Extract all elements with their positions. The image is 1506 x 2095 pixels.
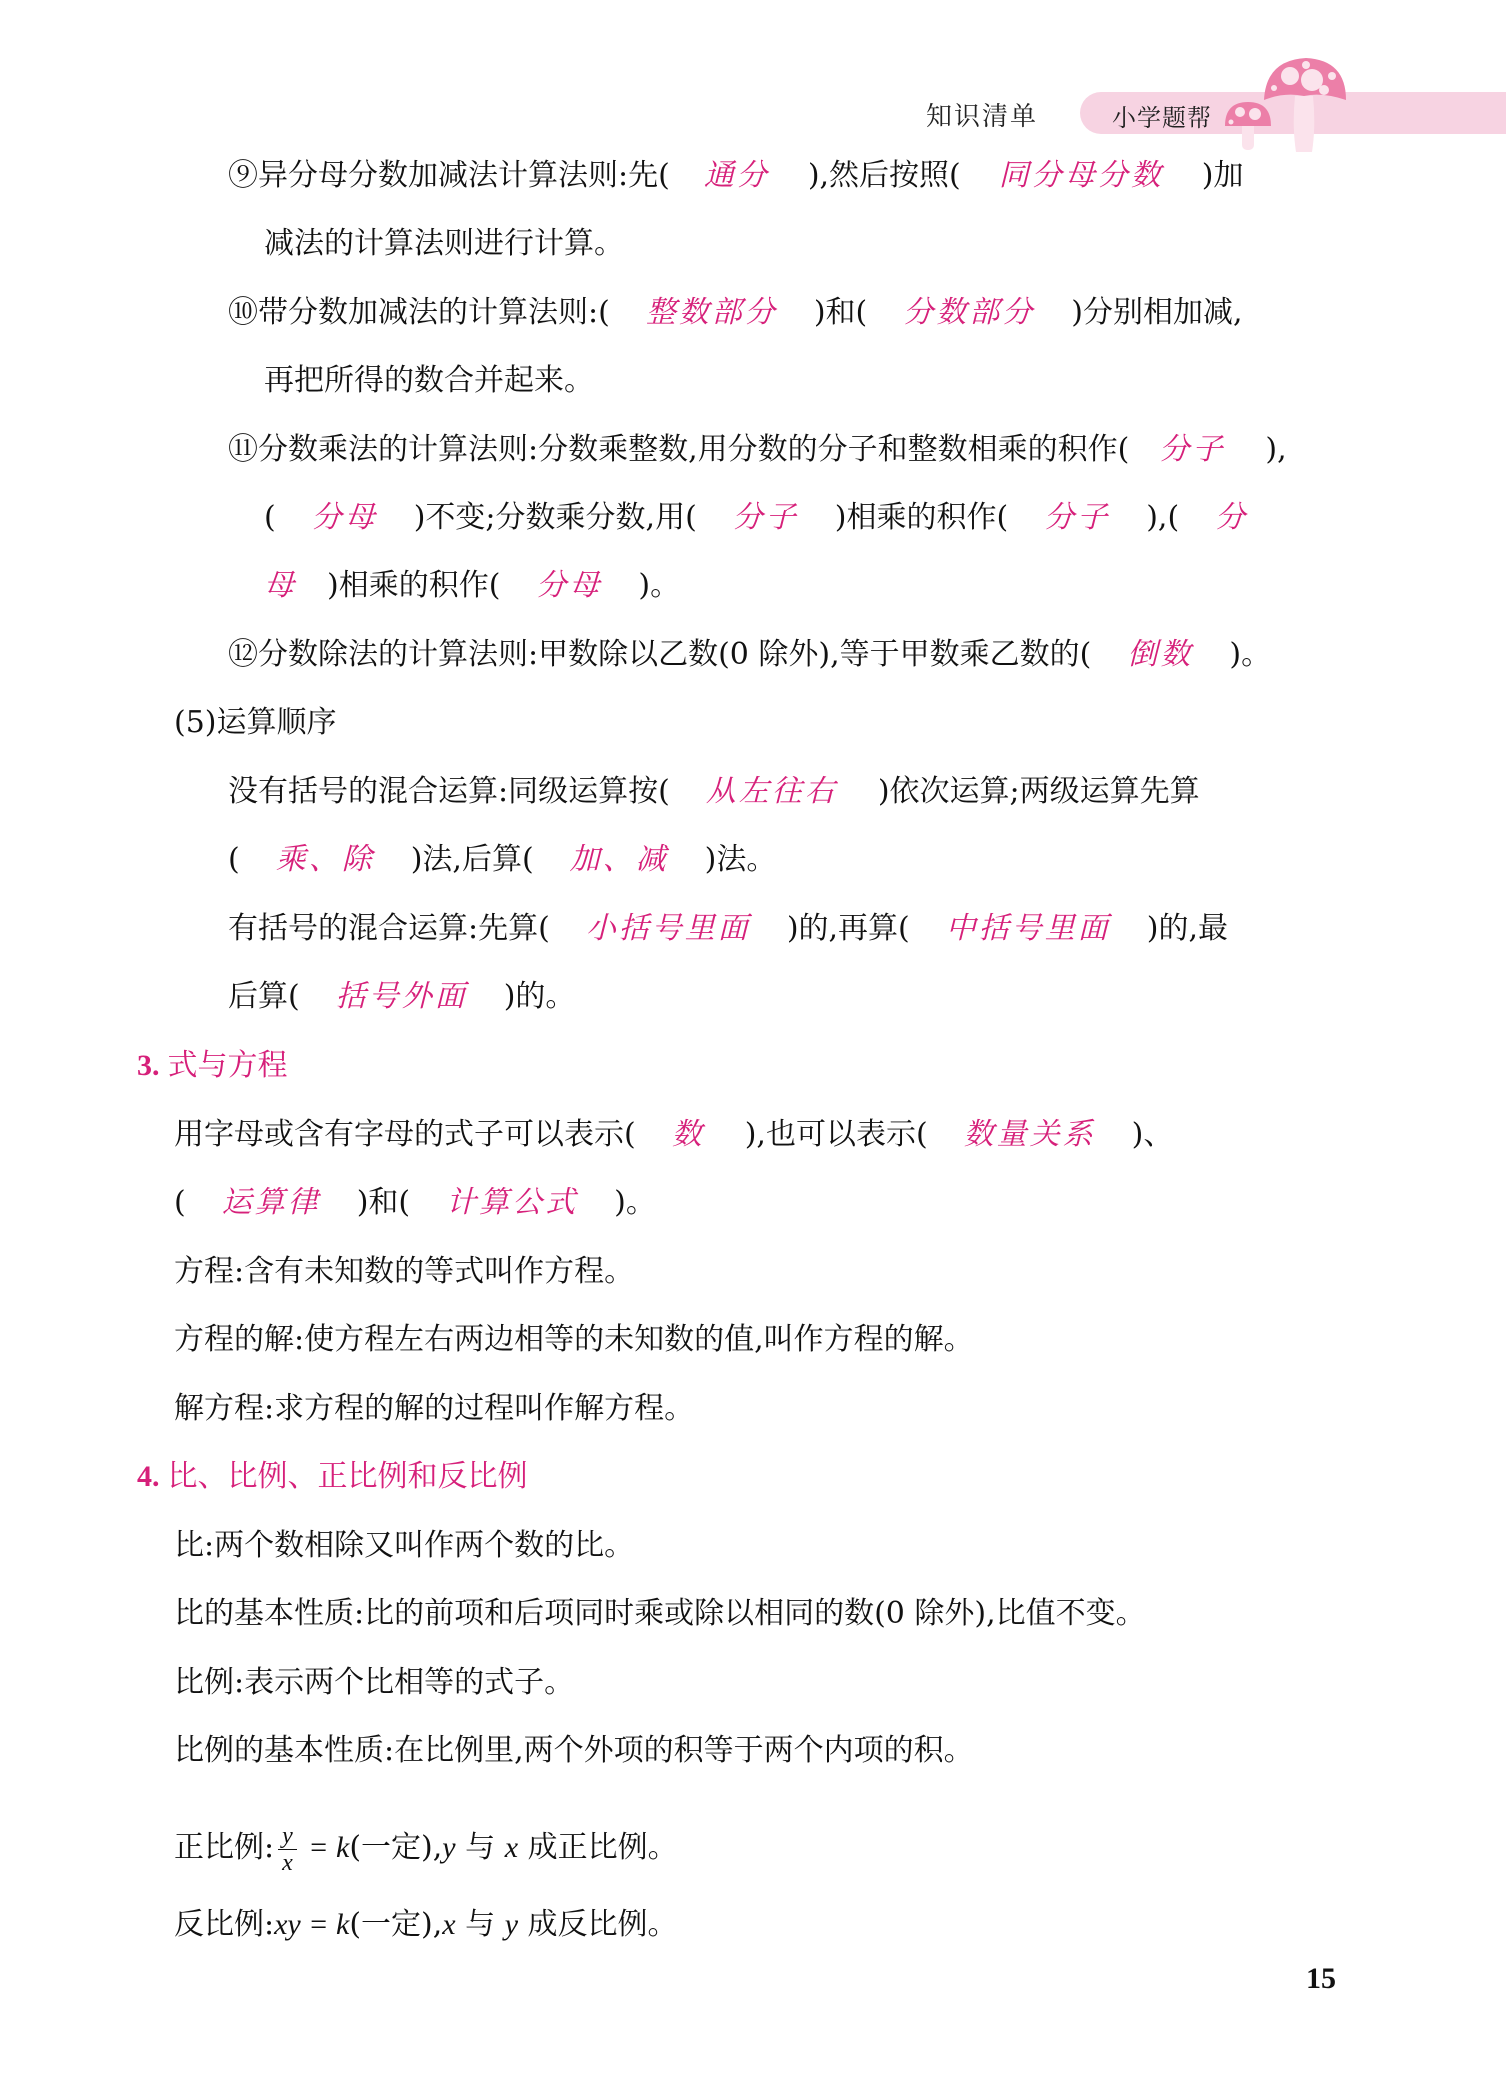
direct-proportion: 正比例:yx = k(一定),y 与 x 成正比例。 [174, 1818, 678, 1878]
solving-definition: 解方程:求方程的解的过程叫作解方程。 [174, 1389, 694, 1429]
brand-label: 小学题帮 [1112, 98, 1212, 133]
ratio-property: 比的基本性质:比的前项和后项同时乘或除以相同的数(0 除外),比值不变。 [174, 1594, 1146, 1634]
rule-number: ⑪ [228, 432, 258, 467]
answer: 分数部分 [903, 295, 1035, 330]
answer: 加、减 [570, 842, 669, 877]
solution-definition: 方程的解:使方程左右两边相等的未知数的值,叫作方程的解。 [174, 1320, 974, 1360]
rule-9-continuation: 减法的计算法则进行计算。 [264, 224, 624, 264]
inverse-proportion: 反比例:xy = k(一定),x 与 y 成反比例。 [174, 1905, 678, 1945]
proportion-definition: 比例:表示两个比相等的式子。 [174, 1663, 574, 1703]
answer: 母 [264, 568, 297, 603]
answer: 通分 [704, 158, 770, 193]
ratio-definition: 比:两个数相除又叫作两个数的比。 [174, 1526, 634, 1566]
page-number: 15 [1306, 1962, 1336, 1996]
rule-11-line-3: 母)相乘的积作(分母)。 [264, 566, 680, 606]
section-3-line-2: (运算律)和(计算公式)。 [174, 1183, 656, 1223]
fraction-y-over-x: yx [278, 1823, 297, 1876]
rule-11-line: ⑪分数乘法的计算法则:分数乘整数,用分数的分子和整数相乘的积作(分子), [228, 430, 1287, 470]
answer: 运算律 [222, 1185, 321, 1220]
section-4-heading: 4.比、比例、正比例和反比例 [137, 1457, 528, 1497]
order-line-4: 后算(括号外面)的。 [228, 977, 575, 1017]
order-line-2: (乘、除)法,后算(加、减)法。 [228, 840, 776, 880]
answer: 整数部分 [646, 295, 778, 330]
section-number: 3. [137, 1049, 160, 1082]
rule-10-continuation: 再把所得的数合并起来。 [264, 361, 594, 401]
section-label: 知识清单 [926, 96, 1038, 133]
rule-9-line: ⑨异分母分数加减法计算法则:先(通分),然后按照(同分母分数)加 [228, 156, 1243, 196]
answer: 分母 [536, 568, 602, 603]
answer: 分子 [1159, 432, 1225, 467]
answer: 分子 [733, 500, 799, 535]
answer: 中括号里面 [946, 911, 1111, 946]
section-3-line-1: 用字母或含有字母的式子可以表示(数),也可以表示(数量关系)、 [174, 1115, 1173, 1155]
answer: 计算公式 [446, 1185, 578, 1220]
answer: 从左往右 [706, 774, 838, 809]
answer: 倒数 [1127, 637, 1193, 672]
section-3-heading: 3.式与方程 [137, 1046, 288, 1086]
answer: 括号外面 [336, 979, 468, 1014]
answer: 数量关系 [964, 1117, 1096, 1152]
section-number: 4. [137, 1460, 160, 1493]
rule-number: ⑫ [228, 637, 258, 672]
answer: 分 [1215, 500, 1248, 535]
equation-definition: 方程:含有未知数的等式叫作方程。 [174, 1252, 634, 1292]
rule-number: ⑩ [228, 295, 258, 330]
answer: 分子 [1044, 500, 1110, 535]
proportion-property: 比例的基本性质:在比例里,两个外项的积等于两个内项的积。 [174, 1731, 974, 1771]
answer: 数 [672, 1117, 705, 1152]
answer: 小括号里面 [586, 911, 751, 946]
answer: 分母 [312, 500, 378, 535]
rule-11-line-2: (分母)不变;分数乘分数,用(分子)相乘的积作(分子),(分 [264, 498, 1248, 538]
rule-10-line: ⑩带分数加减法的计算法则:(整数部分)和(分数部分)分别相加减, [228, 293, 1242, 333]
rule-number: ⑨ [228, 158, 258, 193]
answer: 同分母分数 [999, 158, 1164, 193]
rule-12-line: ⑫分数除法的计算法则:甲数除以乙数(0 除外),等于甲数乘乙数的(倒数)。 [228, 635, 1271, 675]
large-mushroom-icon [1262, 56, 1348, 152]
order-line-3: 有括号的混合运算:先算(小括号里面)的,再算(中括号里面)的,最 [228, 909, 1228, 949]
order-line-1: 没有括号的混合运算:同级运算按(从左往右)依次运算;两级运算先算 [228, 772, 1200, 812]
answer: 乘、除 [276, 842, 375, 877]
subsection-title: (5)运算顺序 [174, 703, 337, 743]
